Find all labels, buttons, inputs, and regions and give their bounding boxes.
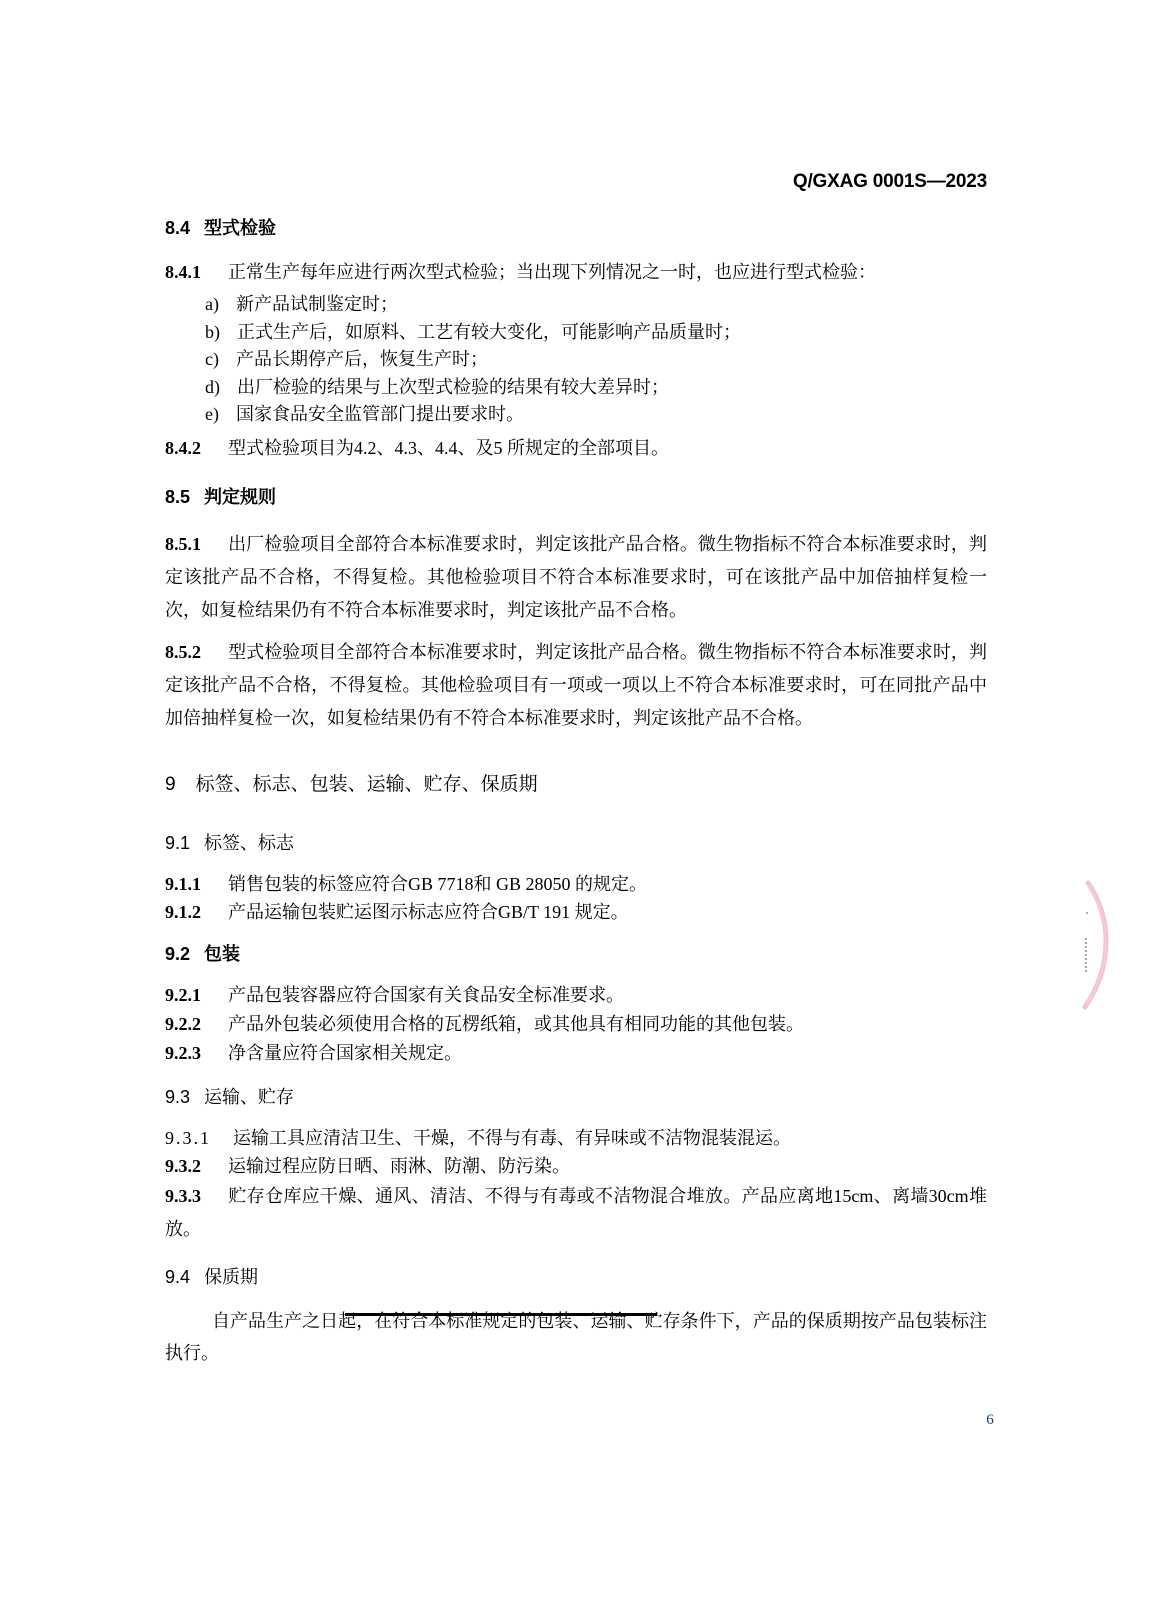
clause-number: 8.4.1 [165,262,201,282]
page-content: Q/GXAG 0001S—2023 8.4型式检验 8.4.1正常生产每年应进行… [165,0,987,1369]
clause-text: 净含量应符合国家相关规定。 [228,1043,462,1063]
clause-number: 9.1.1 [165,874,201,894]
list-label: e) [205,401,219,429]
list-label: b) [205,319,220,347]
clause-text: 产品运输包装贮运图示标志应符合GB/T 191 规定。 [228,902,629,922]
list-label: a) [205,291,219,319]
clause-9-3-1: 9.3.1运输工具应清洁卫生、干燥，不得与有毒、有异味或不洁物混装混运。 [165,1124,987,1152]
heading-title: 包装 [204,944,240,964]
clause-text: 贮存仓库应干燥、通风、清洁、不得与有毒或不洁物混合堆放。产品应离地15cm、离墙… [165,1186,987,1239]
list-item-a: a)新产品试制鉴定时； [205,291,987,319]
heading-9-3: 9.3运输、贮存 [165,1085,987,1109]
heading-number: 9.2 [165,942,190,966]
heading-number: 8.4 [165,216,190,240]
clause-9-3-2: 9.3.2运输过程应防日晒、雨淋、防潮、防污染。 [165,1152,987,1180]
list-label: d) [205,374,220,402]
clause-number: 9.3.3 [165,1186,201,1206]
heading-number: 9 [165,773,176,797]
doc-code: Q/GXAG 0001S—2023 [165,170,987,194]
clause-9-2-3: 9.2.3净含量应符合国家相关规定。 [165,1039,987,1068]
clause-8-5-1: 8.5.1出厂检验项目全部符合本标准要求时，判定该批产品合格。微生物指标不符合本… [165,528,987,627]
clause-number: 9.3.2 [165,1156,201,1176]
heading-9: 9标签、标志、包装、运输、贮存、保质期 [165,773,987,797]
document-page: Q/GXAG 0001S—2023 8.4型式检验 8.4.1正常生产每年应进行… [0,0,1175,1608]
clause-text: 运输过程应防日晒、雨淋、防潮、防污染。 [228,1156,570,1176]
watermark-tiny-text-column [1085,938,1087,972]
page-number: 6 [960,1412,1020,1429]
list-text: 国家食品安全监管部门提出要求时。 [236,404,524,424]
heading-number: 9.4 [165,1265,190,1289]
heading-9-1: 9.1标签、标志 [165,831,987,855]
list-8-4-1: a)新产品试制鉴定时； b)正式生产后，如原料、工艺有较大变化，可能影响产品质量… [165,291,987,429]
list-item-b: b)正式生产后，如原料、工艺有较大变化，可能影响产品质量时； [205,319,987,347]
clause-text: 型式检验项目为4.2、4.3、4.4、及5 所规定的全部项目。 [228,438,669,458]
list-item-c: c)产品长期停产后，恢复生产时； [205,346,987,374]
heading-title: 运输、贮存 [204,1087,294,1107]
list-item-d: d)出厂检验的结果与上次型式检验的结果有较大差异时； [205,374,987,402]
list-text: 出厂检验的结果与上次型式检验的结果有较大差异时； [237,377,669,397]
heading-title: 判定规则 [204,487,276,507]
clause-text: 出厂检验项目全部符合本标准要求时，判定该批产品合格。微生物指标不符合本标准要求时… [165,534,987,620]
clause-text: 产品外包装必须使用合格的瓦楞纸箱，或其他具有相同功能的其他包装。 [228,1014,804,1034]
clause-number: 8.4.2 [165,438,201,458]
clause-9-1-1: 9.1.1销售包装的标签应符合GB 7718和 GB 28050 的规定。 [165,870,987,898]
clause-text: 正常生产每年应进行两次型式检验；当出现下列情况之一时，也应进行型式检验： [228,262,876,282]
heading-9-4: 9.4保质期 [165,1265,987,1289]
clause-number: 8.5.2 [165,642,201,662]
clause-number: 9.2.3 [165,1043,201,1063]
heading-title: 标签、标志 [204,833,294,853]
clause-text: 运输工具应清洁卫生、干燥，不得与有毒、有异味或不洁物混装混运。 [233,1128,791,1148]
heading-title: 型式检验 [204,218,276,238]
list-item-e: e)国家食品安全监管部门提出要求时。 [205,401,987,429]
list-text: 新产品试制鉴定时； [236,294,398,314]
clause-9-2-2: 9.2.2产品外包装必须使用合格的瓦楞纸箱，或其他具有相同功能的其他包装。 [165,1010,987,1039]
watermark-dot [1086,912,1088,914]
heading-number: 9.1 [165,831,190,855]
list-text: 产品长期停产后，恢复生产时； [236,349,488,369]
clause-text: 型式检验项目全部符合本标准要求时，判定该批产品合格。微生物指标不符合本标准要求时… [165,642,987,728]
heading-title: 保质期 [204,1267,258,1287]
heading-9-2: 9.2包装 [165,942,987,966]
clause-9-1-2: 9.1.2产品运输包装贮运图示标志应符合GB/T 191 规定。 [165,898,987,926]
pink-arc-watermark [1078,880,1118,1010]
heading-number: 9.3 [165,1085,190,1109]
clause-text: 销售包装的标签应符合GB 7718和 GB 28050 的规定。 [228,874,647,894]
clause-number: 8.5.1 [165,534,201,554]
clause-8-5-2: 8.5.2型式检验项目全部符合本标准要求时，判定该批产品合格。微生物指标不符合本… [165,636,987,735]
clause-8-4-2: 8.4.2型式检验项目为4.2、4.3、4.4、及5 所规定的全部项目。 [165,434,987,462]
clause-text: 产品包装容器应符合国家有关食品安全标准要求。 [228,985,624,1005]
clause-9-3-3: 9.3.3贮存仓库应干燥、通风、清洁、不得与有毒或不洁物混合堆放。产品应离地15… [165,1180,987,1246]
clause-number: 9.2.2 [165,1014,201,1034]
clause-8-4-1: 8.4.1正常生产每年应进行两次型式检验；当出现下列情况之一时，也应进行型式检验… [165,258,987,286]
list-text: 正式生产后，如原料、工艺有较大变化，可能影响产品质量时； [237,322,741,342]
heading-number: 8.5 [165,485,190,509]
heading-title: 标签、标志、包装、运输、贮存、保质期 [196,774,538,795]
list-label: c) [205,346,219,374]
clause-number: 9.3.1 [165,1128,211,1148]
heading-8-5: 8.5判定规则 [165,485,987,509]
footer-divider-line [345,1313,657,1316]
clause-number: 9.2.1 [165,985,201,1005]
heading-8-4: 8.4型式检验 [165,216,987,240]
clause-number: 9.1.2 [165,902,201,922]
clause-9-2-1: 9.2.1产品包装容器应符合国家有关食品安全标准要求。 [165,981,987,1010]
